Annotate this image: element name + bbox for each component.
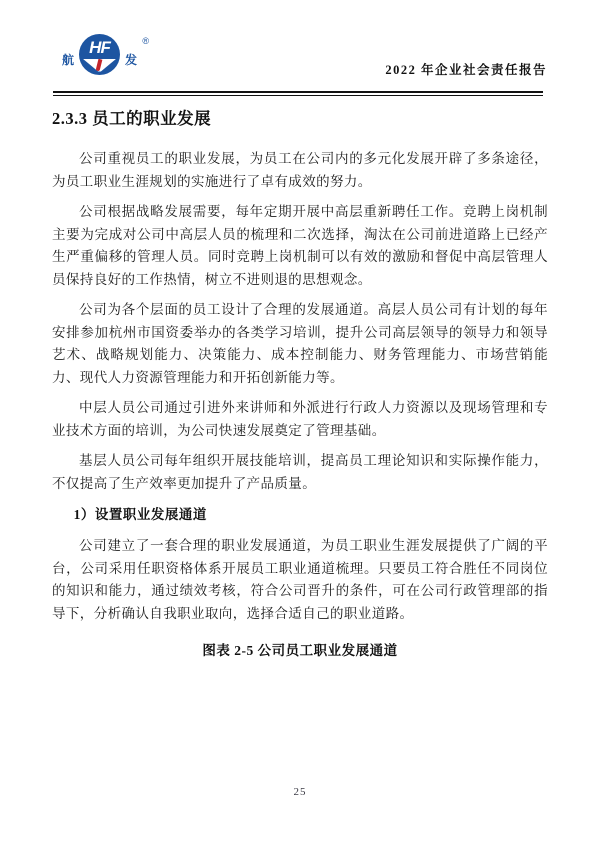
body-paragraph: 中层人员公司通过引进外来讲师和外派进行行政人力资源以及现场管理和专业技术方面的培… bbox=[52, 397, 548, 442]
hf-monogram: HF bbox=[79, 38, 120, 58]
section-paragraphs: 公司重视员工的职业发展，为员工在公司内的多元化发展开辟了多条途径，为员工职业生涯… bbox=[52, 148, 548, 495]
registered-trademark-icon: ® bbox=[142, 36, 149, 46]
logo-left-char: 航 bbox=[62, 54, 74, 66]
figure-caption: 图表 2-5 公司员工职业发展通道 bbox=[52, 639, 548, 659]
hf-logo-icon: HF bbox=[79, 34, 120, 75]
page-body: 2.3.3 员工的职业发展 公司重视员工的职业发展，为员工在公司内的多元化发展开… bbox=[52, 105, 548, 659]
report-page: 航 HF 发 ® 2022 年企业社会责任报告 2.3.3 员工的职业发展 公司… bbox=[0, 0, 600, 848]
section-heading: 2.3.3 员工的职业发展 bbox=[52, 105, 548, 129]
page-footer: 25 bbox=[0, 782, 600, 800]
body-paragraph: 基层人员公司每年组织开展技能培训，提高员工理论知识和实际操作能力，不仅提高了生产… bbox=[52, 450, 548, 495]
body-paragraph: 公司建立了一套合理的职业发展通道，为员工职业生涯发展提供了广阔的平台，公司采用任… bbox=[52, 535, 548, 625]
header-rule bbox=[53, 91, 543, 96]
logo-right-char: 发 bbox=[125, 54, 137, 66]
body-paragraph: 公司为各个层面的员工设计了合理的发展通道。高层人员公司有计划的每年安排参加杭州市… bbox=[52, 299, 548, 389]
company-logo: 航 HF 发 ® bbox=[62, 31, 137, 77]
body-paragraph: 公司根据战略发展需要，每年定期开展中高层重新聘任工作。竞聘上岗机制主要为完成对公… bbox=[52, 201, 548, 291]
subsection-heading: 1）设置职业发展通道 bbox=[52, 503, 548, 523]
report-title: 2022 年企业社会责任报告 bbox=[385, 60, 547, 78]
subsection-paragraphs: 公司建立了一套合理的职业发展通道，为员工职业生涯发展提供了广阔的平台，公司采用任… bbox=[52, 535, 548, 625]
page-number: 25 bbox=[294, 786, 307, 798]
body-paragraph: 公司重视员工的职业发展，为员工在公司内的多元化发展开辟了多条途径，为员工职业生涯… bbox=[52, 148, 548, 193]
